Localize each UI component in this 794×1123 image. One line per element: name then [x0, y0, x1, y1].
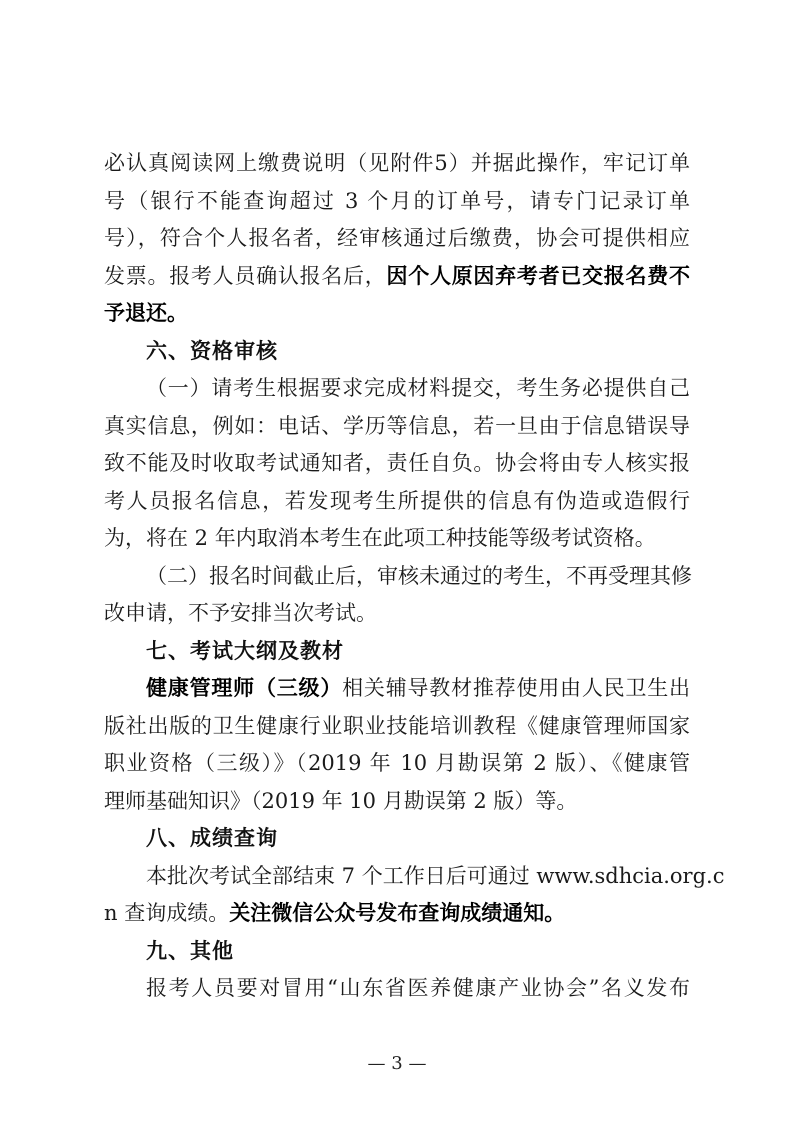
bold-notice-text: 因个人原因弃考者已交报名费不	[387, 264, 691, 288]
document-page: 必认真阅读网上缴费说明（见附件5）并据此操作，牢记订单 号（银行不能查询超过 3…	[0, 0, 794, 1123]
body-text: 考人员报名信息，若发现考生所提供的信息有伪造或造假行	[104, 489, 690, 513]
section-heading-score-query: 八、成绩查询	[146, 825, 546, 851]
bold-course-title: 健康管理师（三级）	[146, 676, 342, 700]
page-number: — 3 —	[0, 1053, 794, 1075]
body-line: 改申请，不予安排当次考试。	[104, 600, 690, 626]
section-heading-qualification-review: 六、资格审核	[146, 338, 546, 364]
body-text: 版社出版的卫生健康行业职业技能培训教程《健康管理师国家	[104, 714, 690, 738]
body-line: 报考人员要对冒用“山东省医养健康产业协会”名义发布	[146, 975, 690, 1001]
body-text: 为，将在 2 年内取消本考生在此项工种技能等级考试资格。	[104, 526, 656, 550]
body-text: （一）请考生根据要求完成材料提交，考生务必提供自己	[146, 376, 690, 400]
body-text: 必认真阅读网上缴费说明（见附件5）并据此操作，牢记订单	[104, 151, 690, 175]
bold-notice-text: 关注微信公众号发布查询成绩通知。	[229, 901, 565, 925]
body-text: 真实信息，例如：电话、学历等信息，若一旦由于信息错误导	[104, 414, 690, 438]
body-line: 发票。报考人员确认报名后，因个人原因弃考者已交报名费不	[104, 263, 690, 289]
body-line: 致不能及时收取考试通知者，责任自负。协会将由专人核实报	[104, 450, 690, 476]
bold-notice-text: 予退还。	[104, 301, 188, 325]
body-line: （二）报名时间截止后，审核未通过的考生，不再受理其修	[146, 563, 690, 589]
body-line: 真实信息，例如：电话、学历等信息，若一旦由于信息错误导	[104, 413, 690, 439]
body-line: 号），符合个人报名者，经审核通过后缴费，协会可提供相应	[104, 225, 690, 251]
body-text: 理师基础知识》（2019 年 10 月勘误第 2 版）等。	[104, 789, 577, 813]
body-line: 本批次考试全部结束 7 个工作日后可通过 www.sdhcia.org.c	[146, 863, 690, 889]
body-line: 版社出版的卫生健康行业职业技能培训教程《健康管理师国家	[104, 713, 690, 739]
body-text: 致不能及时收取考试通知者，责任自负。协会将由专人核实报	[104, 451, 690, 475]
body-text: 相关辅导教材推荐使用由人民卫生出	[342, 676, 690, 700]
body-line: 理师基础知识》（2019 年 10 月勘误第 2 版）等。	[104, 788, 690, 814]
body-line: 健康管理师（三级）相关辅导教材推荐使用由人民卫生出	[146, 675, 690, 701]
body-text: 报考人员要对冒用“山东省医养健康产业协会”名义发布	[146, 976, 690, 1000]
body-line: 考人员报名信息，若发现考生所提供的信息有伪造或造假行	[104, 488, 690, 514]
body-line: （一）请考生根据要求完成材料提交，考生务必提供自己	[146, 375, 690, 401]
body-text: （二）报名时间截止后，审核未通过的考生，不再受理其修	[146, 564, 692, 588]
body-line: 职业资格（三级）》（2019 年 10 月勘误第 2 版）、《健康管	[104, 750, 690, 776]
section-heading-other: 九、其他	[146, 938, 546, 964]
body-text: 职业资格（三级）》（2019 年 10 月勘误第 2 版）、《健康管	[104, 751, 690, 775]
body-line: 必认真阅读网上缴费说明（见附件5）并据此操作，牢记订单	[104, 150, 690, 176]
body-text: 改申请，不予安排当次考试。	[104, 601, 377, 625]
body-text: 号（银行不能查询超过 3 个月的订单号，请专门记录订单	[104, 189, 690, 213]
body-text: 号），符合个人报名者，经审核通过后缴费，协会可提供相应	[104, 226, 690, 250]
body-line: 予退还。	[104, 300, 690, 326]
section-heading-syllabus-textbooks: 七、考试大纲及教材	[146, 638, 546, 664]
body-text: 本批次考试全部结束 7 个工作日后可通过 www.sdhcia.org.c	[146, 864, 724, 888]
body-text: 发票。报考人员确认报名后，	[104, 264, 387, 288]
body-text: n 查询成绩。	[104, 901, 229, 925]
body-line: 号（银行不能查询超过 3 个月的订单号，请专门记录订单	[104, 188, 690, 214]
body-line: 为，将在 2 年内取消本考生在此项工种技能等级考试资格。	[104, 525, 690, 551]
body-line: n 查询成绩。关注微信公众号发布查询成绩通知。	[104, 900, 690, 926]
